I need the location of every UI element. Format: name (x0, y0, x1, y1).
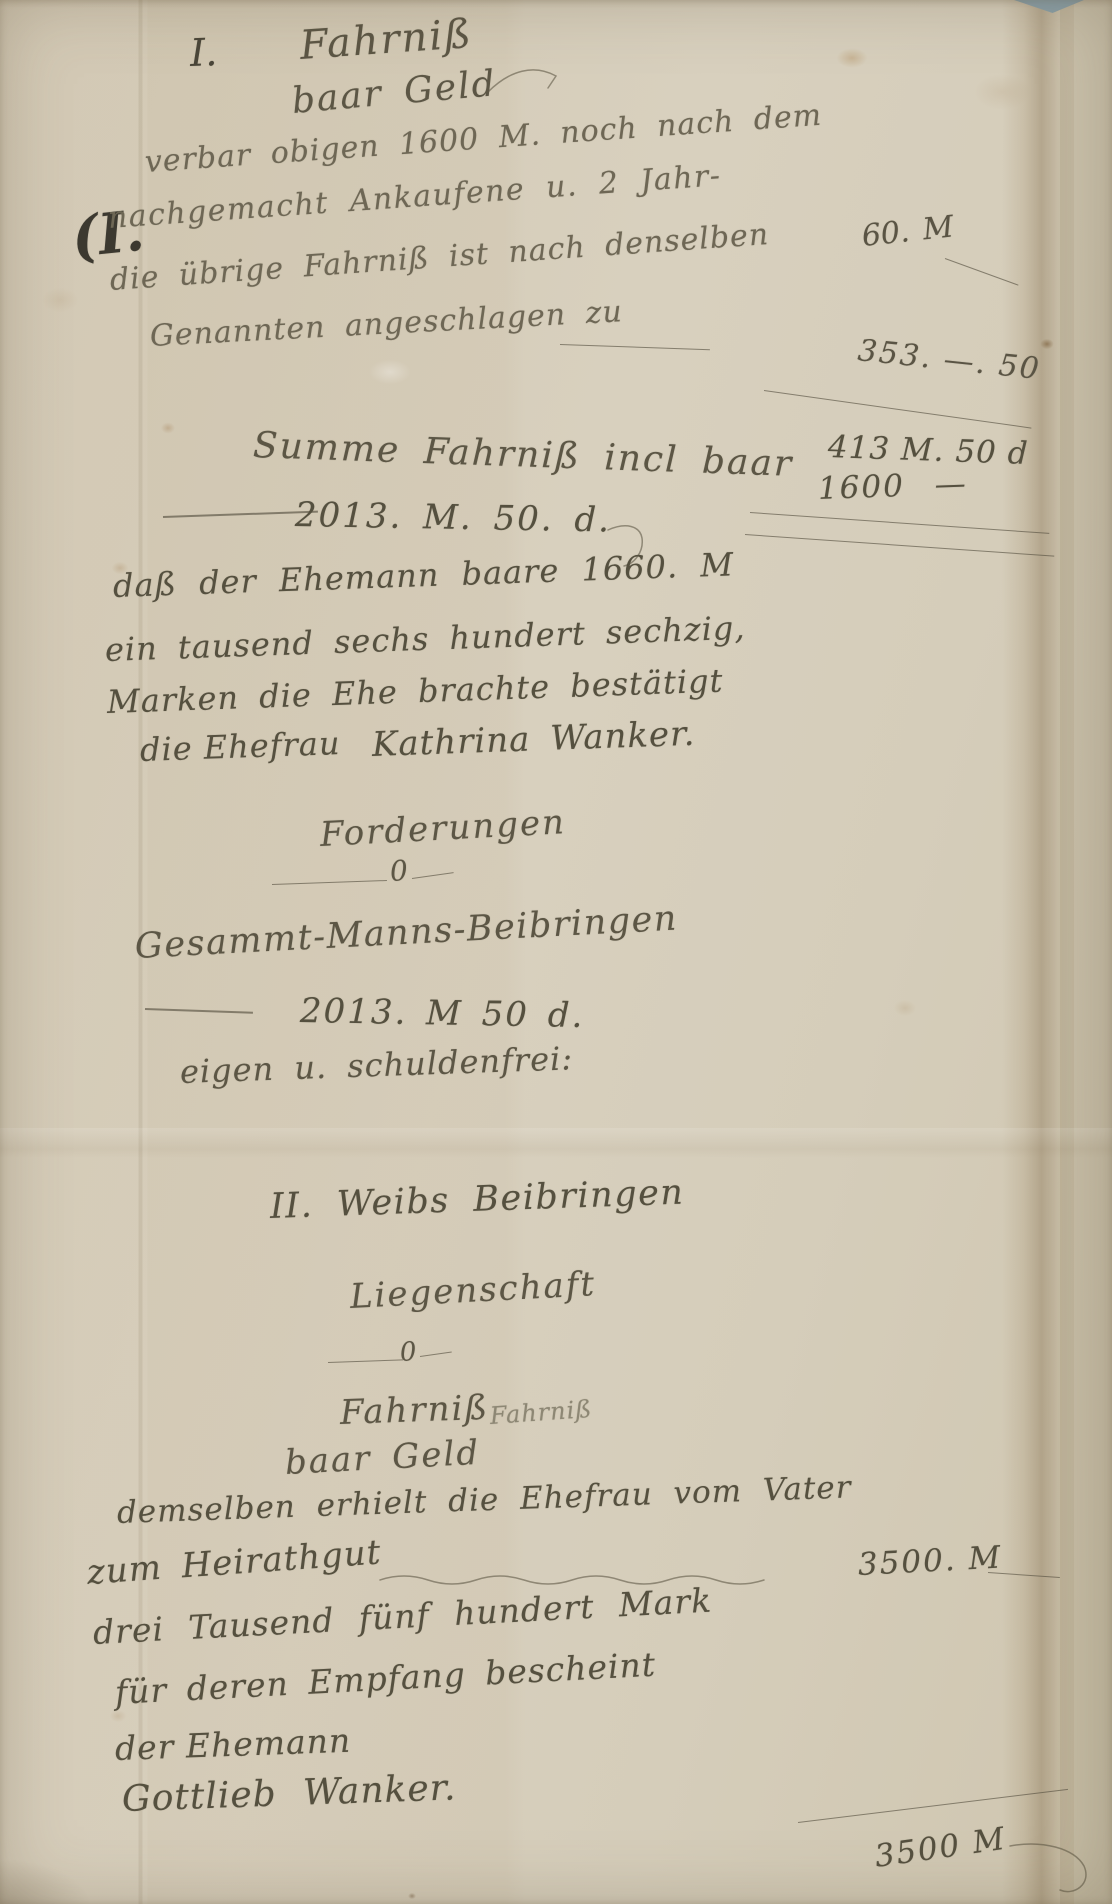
liegenschaft-zero-dash (328, 1359, 403, 1363)
gesammt-value: 2013. M 50 d. (300, 994, 585, 1033)
gesammt-dash-flourish (145, 1008, 253, 1014)
amount-413: 413 M. 50 d (827, 432, 1029, 470)
paragraph2-line3: Marken die Ehe brachte bestätigt (106, 664, 723, 718)
heading-weibs-beibringen: II. Weibs Beibringen (269, 1176, 685, 1225)
forderungen-zero-dash (272, 880, 387, 885)
paragraph3-line3: drei Tausend fünf hundert Mark (92, 1584, 713, 1649)
amount-1600: 1600 — (817, 469, 968, 505)
summe-label: Summe Fahrniß incl baar (252, 428, 793, 483)
title-fahrniss: Fahrniß (299, 14, 474, 66)
paper-sheet: I. Fahrniß baar Geld (I. verbar obigen 1… (0, 0, 1112, 1904)
heading-liegenschaft: Liegenschaft (349, 1267, 597, 1314)
paragraph1-line1: verbar obigen 1600 M. noch nach dem (144, 101, 823, 178)
paragraph3-line2: zum Heirathgut (86, 1535, 383, 1589)
summe-value: 2013. M. 50. d. (295, 498, 612, 538)
amount-60m: 60. M (860, 212, 955, 251)
heirathgut-wavy-line (380, 1572, 772, 1588)
amount-total: 3500 M (873, 1824, 1009, 1873)
heading-forderungen: Forderungen (319, 805, 567, 852)
wife-name: Kathrina Wanker. (371, 717, 696, 762)
liegenschaft-zero: 0 (399, 1339, 417, 1366)
heading-gesammt: Gesammt-Manns-Beibringen (134, 902, 679, 965)
right-page-edge (1060, 0, 1112, 1904)
horizontal-crease (0, 1128, 1112, 1158)
paragraph3-line4: für deren Empfang bescheint (114, 1648, 657, 1709)
total-flourish (1008, 1838, 1098, 1900)
subheading-baar-geld-2: baar Geld (284, 1436, 481, 1480)
paragraph3-line1: demselben erhielt die Ehefrau vom Vater (116, 1472, 852, 1529)
underline-353 (764, 390, 1032, 429)
paragraph2-line1: daß der Ehemann baare 1660. M (112, 548, 734, 602)
forderungen-zero-tail (412, 872, 454, 879)
gesammt-note: eigen u. schuldenfrei: (179, 1042, 573, 1088)
subtitle-baar-geld: baar Geld (290, 66, 498, 120)
liegenschaft-zero-tail (420, 1352, 452, 1357)
paragraph1-line4: Genannten angeschlagen zu (149, 297, 623, 352)
amount-heirathgut: 3500. M (857, 1542, 1003, 1581)
heading-fahrniss-2: Fahrniß (339, 1391, 489, 1430)
paragraph1-dash-flourish (560, 344, 710, 350)
paragraph1-line3: die übrige Fahrniß ist nach denselben (109, 220, 770, 296)
paragraph3-line5: der Ehemann (114, 1724, 351, 1765)
husband-signature: Gottlieb Wanker. (121, 1770, 457, 1818)
subtitle-flourish (486, 62, 566, 102)
pencil-annotation: Fahrniß (489, 1397, 593, 1428)
paragraph2-line2: ein tausend sechs hundert sechzig, (104, 612, 746, 666)
section-numeral: I. (189, 33, 217, 72)
manuscript-photo: I. Fahrniß baar Geld (I. verbar obigen 1… (0, 0, 1112, 1904)
paragraph2-line4: die Ehefrau (139, 727, 341, 766)
forderungen-zero: 0 (389, 857, 409, 886)
